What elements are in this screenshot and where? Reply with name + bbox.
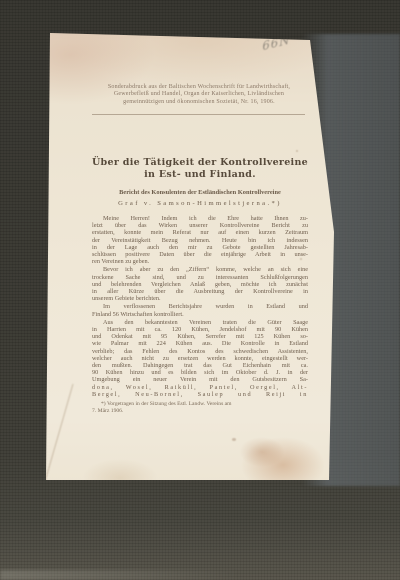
paragraph: Bevor ich aber zu den „Ziffern“ komme, w… <box>92 266 308 302</box>
body-line: erstatten, konnte mein Referat nur auf e… <box>92 229 308 236</box>
body-line: und Odenkat mit 95 Kühen, Serrefer mit 1… <box>92 333 308 340</box>
footnote-line: 7. März 1906. <box>92 408 308 415</box>
fox-spot <box>75 491 80 496</box>
imprint-line: gemeinnützigen und ökonomischen Sozietät… <box>88 99 310 106</box>
author-line: Graf v. Samson-Himmelstjerna.*) <box>84 200 316 207</box>
title-line-2: in Est- und Finland. <box>88 169 312 181</box>
body-line: und belehrenden Vergleichen Anlaß geben,… <box>92 281 308 288</box>
body-line: Meine Herren! Indem ich die Ehre hatte I… <box>92 215 308 222</box>
footnote: *) Vorgetragen in der Sitzung des Estl. … <box>92 401 308 415</box>
paragraph: Aus den bekanntesten Vereinen traten die… <box>92 319 308 398</box>
body-line: trockene Sache sind, und zu interessante… <box>92 274 308 281</box>
body-line: wie Palmar mit 224 Kühen aus. Die Kontro… <box>92 340 308 347</box>
body-line: welcher auch nicht zu ersetzen werden ko… <box>92 355 308 362</box>
body-line: dona, Wosel, Raiküll, Pantel, Oergel, Al… <box>92 384 308 391</box>
body-text: Meine Herren! Indem ich die Ehre hatte I… <box>92 215 308 399</box>
page-title: Über die Tätigkeit der Kontrollvereine i… <box>88 157 312 180</box>
body-line: in der Lage auch den mir zu Gebote geste… <box>92 244 308 251</box>
body-line: in Harrien mit ca. 120 Kühen, Jendelshof… <box>92 326 308 333</box>
body-line: ren Vereinen zu geben. <box>92 258 308 265</box>
body-line: unserem Gebiete berichten. <box>92 295 308 302</box>
photo-background: 66N Sonderabdruck aus der Baltischen Woc… <box>0 0 400 580</box>
body-line: letzt über das Wirken unserer Kontrollve… <box>92 222 308 229</box>
imprint-line: Gewerbefleiß und Handel, Organ der Kaise… <box>88 91 310 98</box>
body-line: Aus den bekanntesten Vereinen traten die… <box>92 319 308 326</box>
body-line: in aller Kürze über die Ausbreitung der … <box>92 288 308 295</box>
paragraph: Meine Herren! Indem ich die Ehre hatte I… <box>92 215 308 265</box>
body-line: Bevor ich aber zu den „Ziffern“ komme, w… <box>92 266 308 273</box>
body-line: 90 Kühen hinzu und es bilden sich im Okt… <box>92 369 308 376</box>
backdrop-bottom-band <box>0 570 240 580</box>
divider-rule <box>92 114 305 115</box>
body-line: Finland 56 Wirtschaften kontrolliert. <box>92 311 308 318</box>
footnote-line: *) Vorgetragen in der Sitzung des Estl. … <box>92 401 308 408</box>
doc-subtitle: Bericht des Konsulenten der Estländische… <box>84 189 316 196</box>
body-line: den mußten. Dahingegen trat das Gut Eich… <box>92 362 308 369</box>
header-imprint: Sonderabdruck aus der Baltischen Wochens… <box>88 84 310 106</box>
paragraph: Im verflossenen Berichtsjahre wurden in … <box>92 303 308 317</box>
body-line: der Vereinstätigkeit Bezug nehmen. Heute… <box>92 237 308 244</box>
body-line: Bergel, Neu-Bornel, Saulep und Reiji in <box>92 391 308 398</box>
title-line-1: Über die Tätigkeit der Kontrollvereine <box>88 157 312 169</box>
body-line: verblieb; das Fehlen des Kontos des schw… <box>92 348 308 355</box>
body-line: Im verflossenen Berichtsjahre wurden in … <box>92 303 308 310</box>
body-line: Umgebung ein neuer Verein mit den Gutsbe… <box>92 376 308 383</box>
body-line: schlüssen positivere Daten über die einj… <box>92 251 308 258</box>
